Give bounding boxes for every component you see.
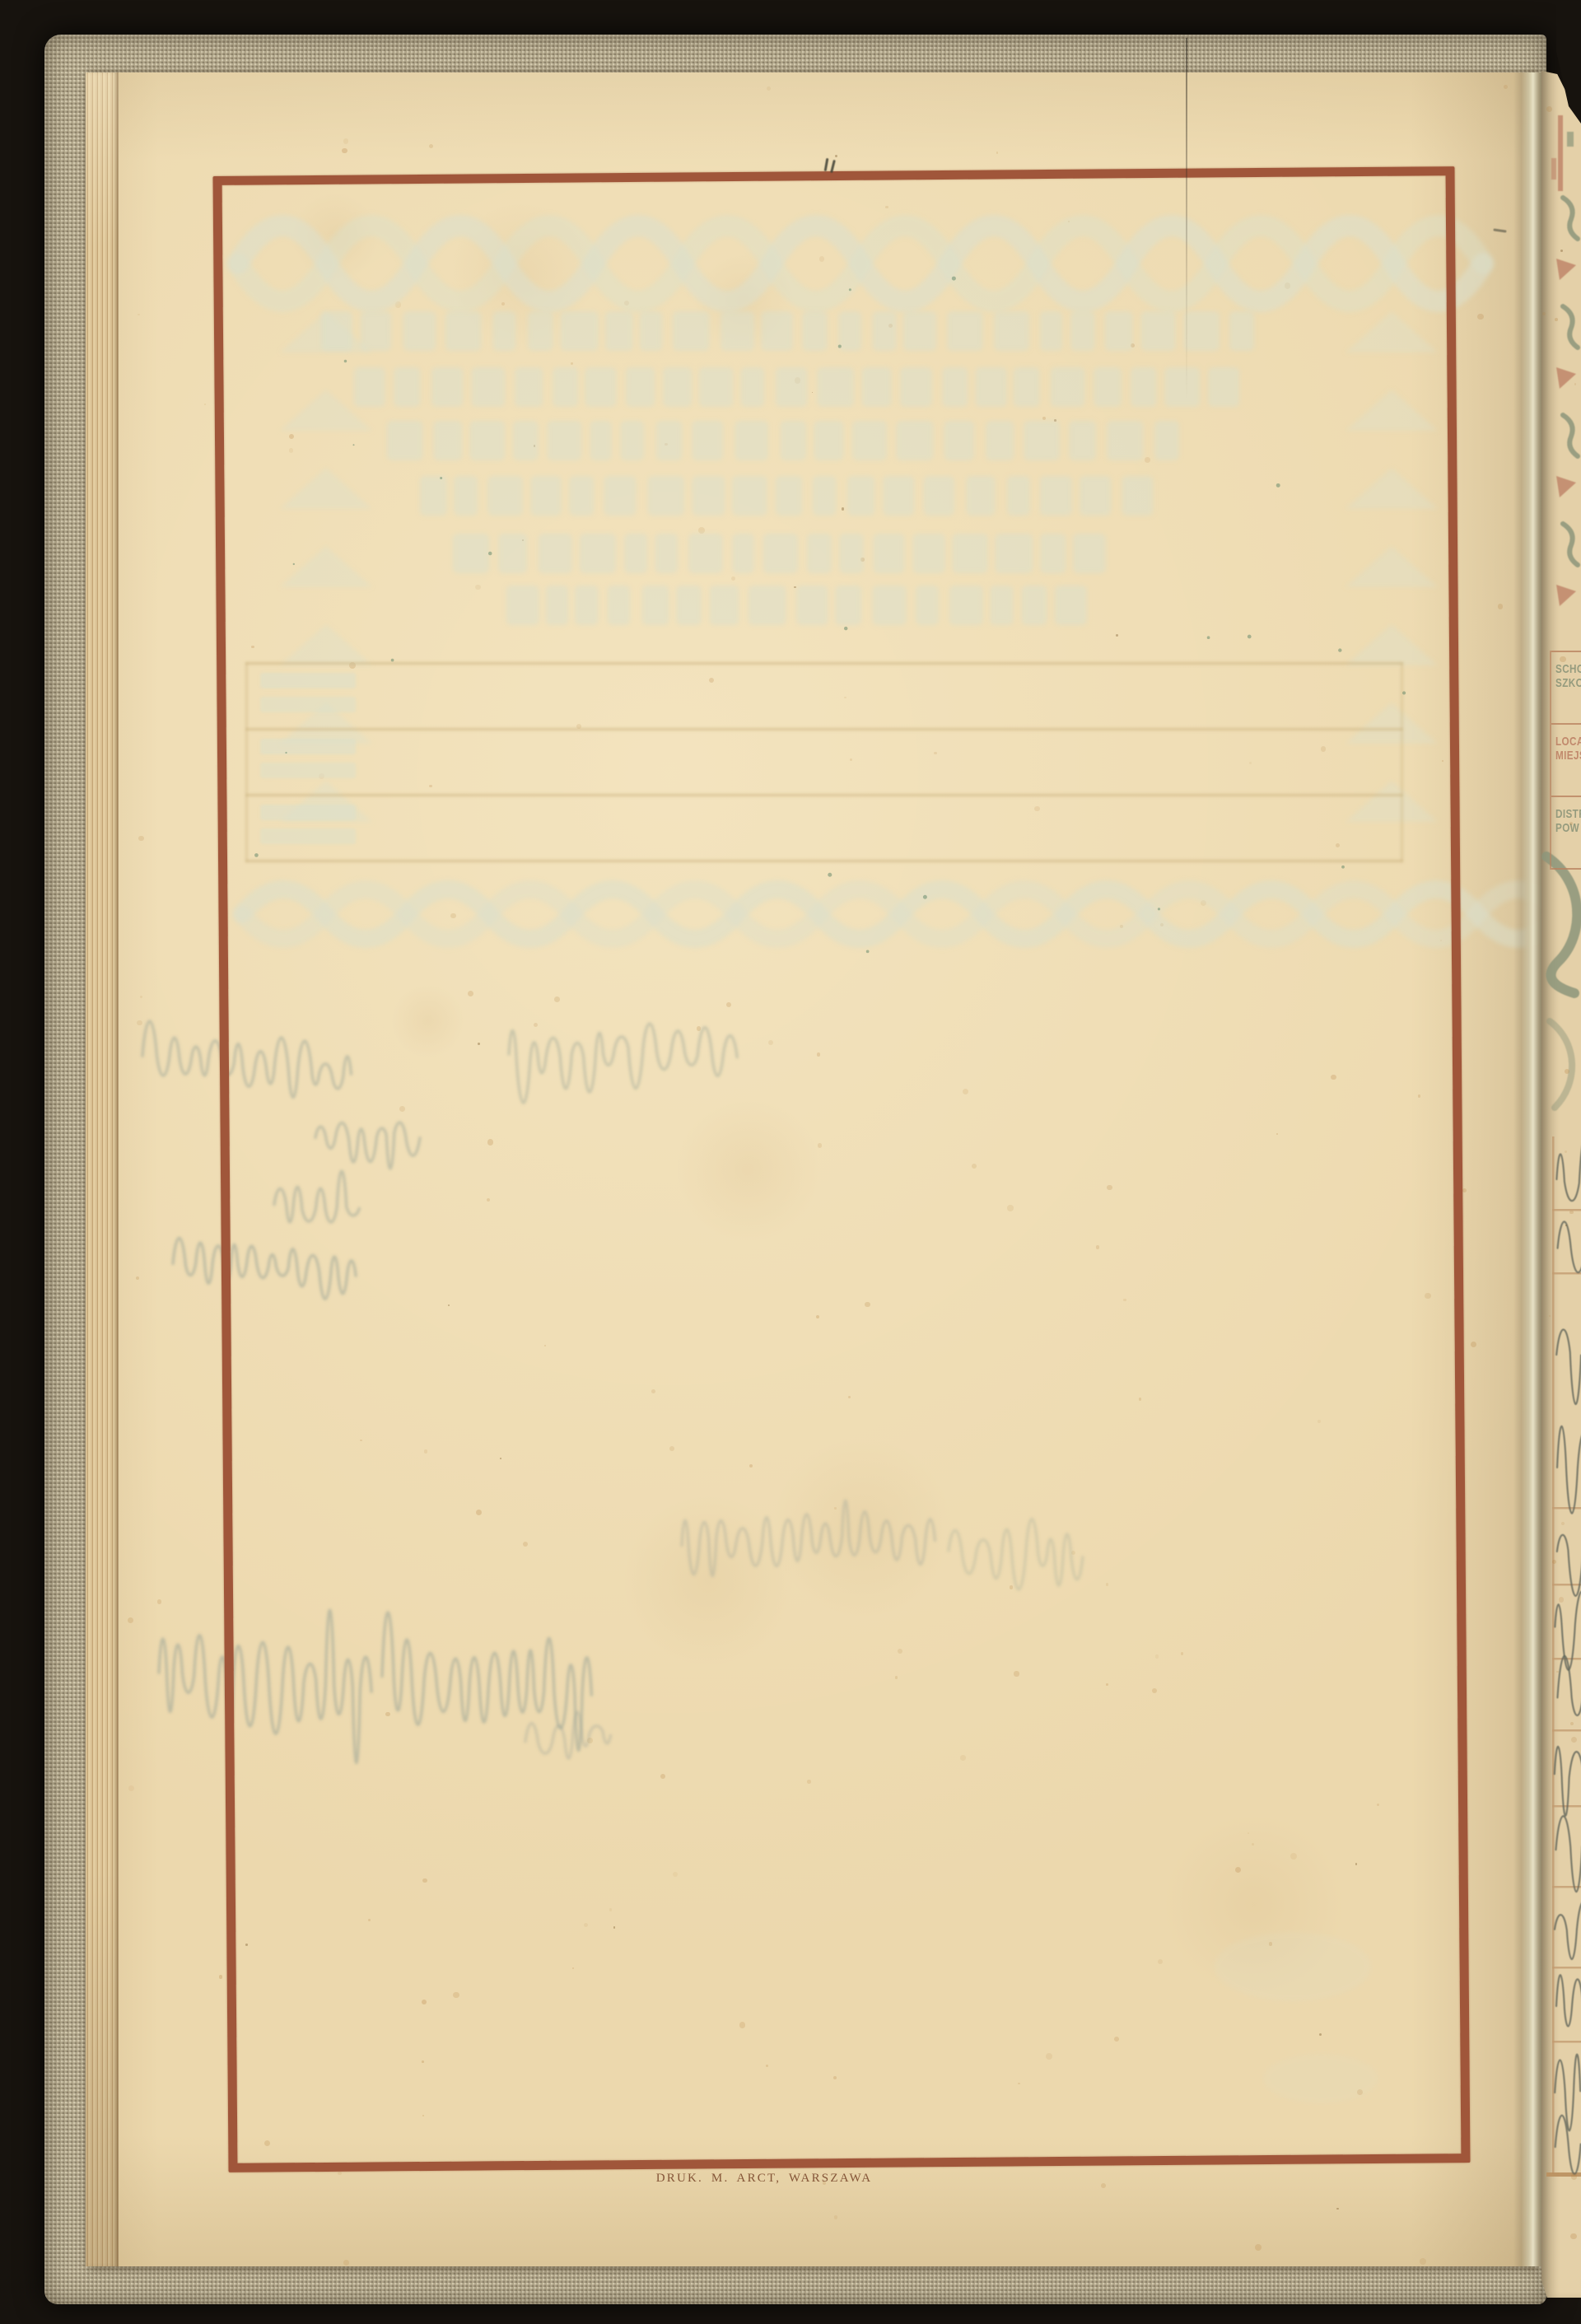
foxing-spot <box>138 314 140 316</box>
form-label-line: POW <box>1555 821 1577 835</box>
foxing-spot <box>219 1975 223 1979</box>
page: DRUK. M. ARCT, WARSZAWA <box>86 72 1541 2266</box>
foxing-spot <box>128 1617 134 1624</box>
foxing-spot <box>157 1599 161 1603</box>
foxing-spot <box>338 2172 342 2176</box>
printer-imprint: DRUK. M. ARCT, WARSZAWA <box>599 2172 929 2186</box>
ink-mark <box>824 158 829 171</box>
foxing-spot <box>835 155 837 157</box>
foxing-spot <box>1420 2258 1426 2265</box>
next-page-sliver: SCHOO SZKO LOCA MIEJS DISTR POW <box>1541 49 1581 2298</box>
foxing-spot <box>834 2215 837 2219</box>
form-label-line: MIEJS <box>1555 749 1577 763</box>
page-border-frame <box>213 166 1471 2172</box>
form-label-local: LOCA MIEJS <box>1551 723 1581 796</box>
foxing-spot <box>767 86 771 91</box>
page-crease-line <box>1186 38 1187 400</box>
stacked-page-edges <box>86 72 119 2266</box>
foxing-spot <box>136 1276 139 1280</box>
foxing-spot <box>343 2260 349 2266</box>
foxing-spot <box>1462 1188 1467 1193</box>
form-label-line: SCHOO <box>1555 662 1577 676</box>
sliver-handwriting <box>1555 1133 1581 2174</box>
form-label-line: SZKO <box>1555 676 1577 690</box>
foxing-spot <box>128 1785 134 1791</box>
page-gloss-edge <box>1513 72 1541 2266</box>
foxing-spot <box>1101 2183 1106 2188</box>
foxing-spot <box>343 138 349 144</box>
foxing-spot <box>138 836 143 841</box>
foxing-spot <box>1336 2208 1338 2210</box>
form-label-district: DISTR POW <box>1551 796 1581 870</box>
foxing-spot <box>204 404 206 405</box>
foxing-spot <box>1498 604 1504 609</box>
next-page-form-labels: SCHOO SZKO LOCA MIEJS DISTR POW <box>1550 651 1581 870</box>
foxing-spot <box>996 152 999 154</box>
foxing-spot <box>1546 61 1551 65</box>
sliver-ornaments <box>1546 115 1578 1108</box>
foxing-spot <box>1504 85 1508 89</box>
foxing-spot <box>137 1020 142 1026</box>
ink-mark <box>1493 228 1506 232</box>
foxing-spot <box>1477 314 1484 320</box>
foxing-spot <box>140 996 143 999</box>
foxing-spot <box>342 148 347 153</box>
next-page-ornaments-and-handwriting <box>1541 49 1581 2298</box>
foxing-spot <box>1471 1342 1476 1347</box>
form-label-school: SCHOO SZKO <box>1551 651 1581 723</box>
form-label-line: DISTR <box>1555 807 1577 821</box>
foxing-spot <box>429 144 433 148</box>
foxing-spot <box>1255 2244 1262 2251</box>
form-label-line: LOCA <box>1555 735 1577 749</box>
scanned-book-page: DRUK. M. ARCT, WARSZAWA SCHOO SZKO LOCA … <box>0 0 1581 2324</box>
